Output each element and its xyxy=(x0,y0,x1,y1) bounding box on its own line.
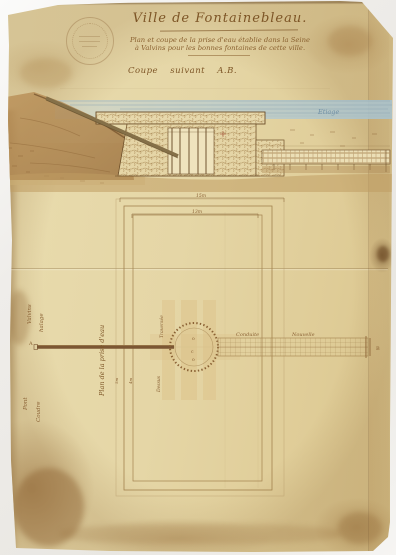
subtitle-underline xyxy=(188,55,250,56)
section-view-drawing: Etiage xyxy=(0,88,396,192)
nouvelle-label: Nouvelle xyxy=(291,332,315,338)
svg-text:o: o xyxy=(192,337,195,342)
plan-view-drawing: 15m 13m xyxy=(0,192,396,516)
margin-label-valvins: Valvins xyxy=(27,304,33,324)
section-caption: Coupe suivant A.B. xyxy=(128,66,288,76)
section-point-b: B xyxy=(376,346,380,352)
paper-stain xyxy=(20,58,72,88)
small-dimension-2: 4m xyxy=(128,377,133,385)
scanned-document: Ville de Fontainebleau. Plan et coupe de… xyxy=(0,0,396,555)
page-subtitle: Plan et coupe de la prise d'eau établie … xyxy=(90,36,350,52)
margin-label-pont: Pont xyxy=(23,397,29,411)
dimension-line-outer: 15m xyxy=(120,193,284,202)
margin-label-coudre: Coudre xyxy=(36,401,42,422)
page-title: Ville de Fontainebleau. xyxy=(95,11,345,26)
conduite-label: Conduite xyxy=(236,332,259,338)
sluice-gate xyxy=(168,128,214,174)
subtitle-line2: à Valvins pour les bonnes fontaines de c… xyxy=(90,44,350,52)
aqueduct-channel-plan xyxy=(218,336,370,358)
margin-labels: Valvins halage Pont Coudre xyxy=(23,304,45,422)
traversee-label: Traversée xyxy=(158,315,165,338)
paper-top-edge xyxy=(8,0,364,4)
svg-text:13m: 13m xyxy=(192,209,202,215)
plan-vertical-title: Plan de la prise d'eau xyxy=(98,325,106,397)
section-point-a: A xyxy=(28,341,33,347)
subtitle-line1: Plan et coupe de la prise d'eau établie … xyxy=(90,36,350,44)
small-dimension-1: 5m xyxy=(114,377,119,384)
title-underline xyxy=(160,29,298,31)
etiage-water-level-label: Etiage xyxy=(317,108,339,116)
dimension-line-inner: 13m xyxy=(132,209,258,218)
svg-text:15m: 15m xyxy=(196,193,206,199)
margin-label-halage: halage xyxy=(39,313,45,332)
paper-sheet: Ville de Fontainebleau. Plan et coupe de… xyxy=(0,0,396,555)
paper-stain xyxy=(60,524,340,544)
svg-text:o: o xyxy=(192,358,195,363)
dessus-label: Dessus xyxy=(156,375,162,393)
